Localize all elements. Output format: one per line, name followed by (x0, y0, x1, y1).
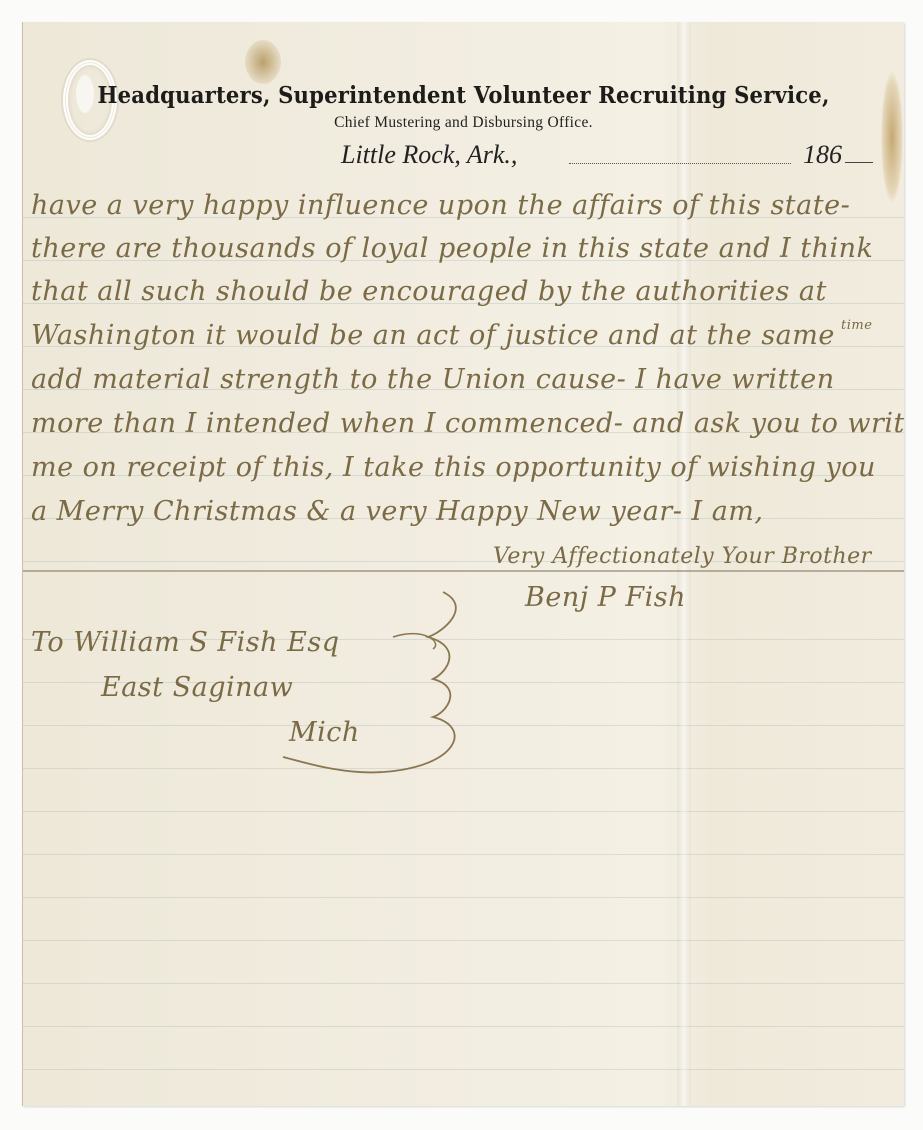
letterhead-place: Little Rock, Ark., (341, 140, 517, 170)
body-line-1: have a very happy influence upon the aff… (31, 190, 850, 221)
letterhead-year-prefix: 186 (803, 140, 842, 170)
body-line-2: there are thousands of loyal people in t… (31, 233, 873, 264)
ink-stain-top (245, 40, 281, 84)
letterhead-subtitle: Chief Mustering and Disbursing Office. (23, 114, 904, 132)
body-line-7: me on receipt of this, I take this oppor… (31, 452, 876, 483)
complimentary-close: Very Affectionately Your Brother (493, 544, 872, 569)
signature: Benj P Fish (525, 582, 686, 613)
year-dash (845, 162, 873, 163)
body-line-3: that all such should be encouraged by th… (31, 276, 827, 307)
letterhead-title: Headquarters, Superintendent Volunteer R… (58, 82, 869, 109)
body-line-4: Washington it would be an act of justice… (31, 320, 835, 351)
address-line-2: East Saginaw (101, 672, 293, 703)
body-line-5: add material strength to the Union cause… (31, 364, 835, 395)
date-blank-rule (569, 163, 791, 164)
body-line-6: more than I intended when I commenced- a… (31, 408, 904, 439)
body-line-8: a Merry Christmas & a very Happy New yea… (31, 496, 763, 527)
body-insertion: time (841, 318, 872, 333)
foxing-stain-right-edge (881, 72, 903, 202)
address-brace-flourish (273, 587, 483, 787)
letter-paper: Headquarters, Superintendent Volunteer R… (22, 22, 904, 1106)
horizontal-fold-line (23, 570, 904, 572)
